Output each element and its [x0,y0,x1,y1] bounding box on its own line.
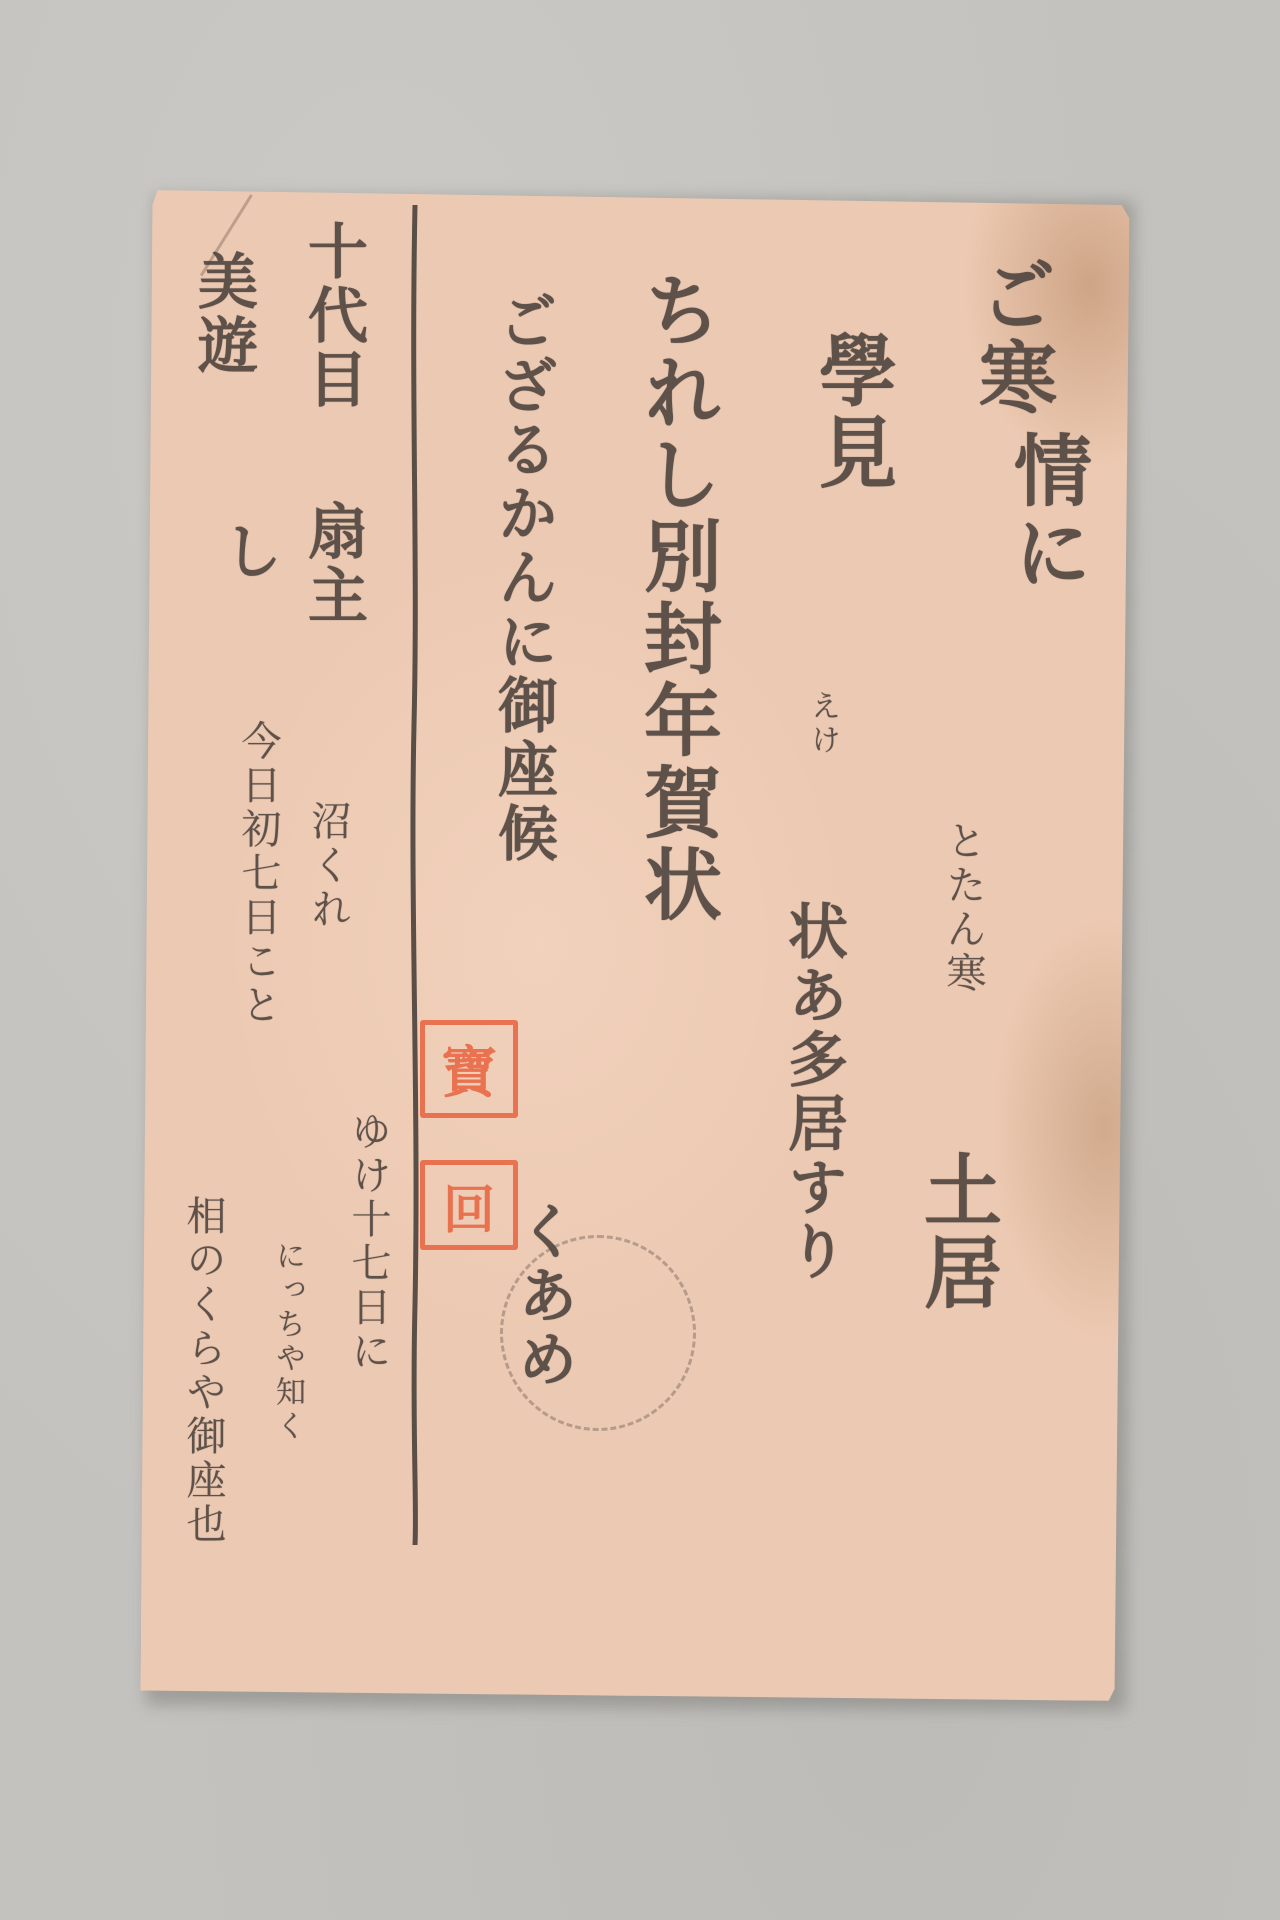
address-column-4: ゆけ十七日に [340,1110,397,1374]
message-column-2: 學見 [795,330,907,494]
faded-postmark [500,1235,696,1431]
message-column-2-cont: 状あ多居すり [770,900,856,1284]
message-column-3: ちれし別封年賀状 [620,270,732,926]
red-seal-lower: 回 [420,1160,518,1250]
address-column-9: し [205,520,291,584]
message-column-4: ござるかんに御座候 [480,290,566,866]
message-column-1-cont: 土居 [900,1150,1012,1314]
message-column-1: ご寒 [955,255,1067,419]
address-column-1: 十代目 [290,220,376,412]
address-column-2: 扇主 [290,500,376,628]
address-column-3: 沼くれ [300,800,357,932]
message-column-2-small: えけ [800,690,844,758]
message-column-1b: 情に [990,430,1102,594]
address-column-6: にっちや知く [265,1240,309,1444]
message-column-1-small: とたん寒 [935,820,992,996]
address-column-5: 今日初七日こと [230,720,287,1028]
address-column-8: 美遊 [180,250,266,378]
red-seal-upper: 寶 [420,1020,518,1118]
vertical-divider-line [408,205,422,1545]
address-column-7: 相のくらや御座也 [175,1195,232,1547]
